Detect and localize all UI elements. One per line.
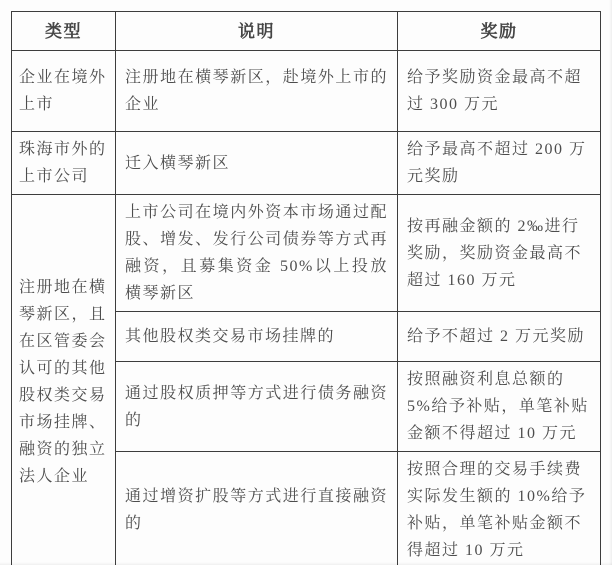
cell-desc-relocated-company: 迁入横琴新区 — [116, 132, 398, 195]
document-page: 类型 说明 奖励 企业在境外上市 注册地在横琴新区，赴境外上市的企业 给予奖励资… — [0, 0, 612, 565]
cell-reward-other-equity-market: 给予不超过 2 万元奖励 — [398, 312, 601, 362]
cell-reward-overseas-listing: 给予奖励资金最高不超过 300 万元 — [398, 51, 601, 132]
table-container: 类型 说明 奖励 企业在境外上市 注册地在横琴新区，赴境外上市的企业 给予奖励资… — [0, 0, 612, 565]
header-type: 类型 — [12, 12, 116, 51]
cell-reward-refinancing: 按再融金额的 2‰进行奖励，奖励资金最高不超过 160 万元 — [398, 195, 601, 312]
table-row: 企业在境外上市 注册地在横琴新区，赴境外上市的企业 给予奖励资金最高不超过 30… — [12, 51, 601, 132]
cell-desc-capital-increase: 通过增资扩股等方式进行直接融资的 — [116, 452, 398, 565]
cell-reward-capital-increase: 按照合理的交易手续费实际发生额的 10%给予补贴，单笔补贴金额不得超过 10 万… — [398, 452, 601, 565]
cell-reward-relocated-company: 给予最高不超过 200 万元奖励 — [398, 132, 601, 195]
table-row: 注册地在横琴新区，且在区管委会认可的其他股权类交易市场挂牌、融资的独立法人企业 … — [12, 195, 601, 312]
header-row: 类型 说明 奖励 — [12, 12, 601, 51]
cell-desc-refinancing: 上市公司在境内外资本市场通过配股、增发、发行公司债券等方式再融资，且募集资金 5… — [116, 195, 398, 312]
incentive-table: 类型 说明 奖励 企业在境外上市 注册地在横琴新区，赴境外上市的企业 给予奖励资… — [11, 11, 601, 565]
cell-desc-other-equity-market: 其他股权类交易市场挂牌的 — [116, 312, 398, 362]
table-row: 珠海市外的上市公司 迁入横琴新区 给予最高不超过 200 万元奖励 — [12, 132, 601, 195]
cell-desc-pledge-financing: 通过股权质押等方式进行债务融资的 — [116, 362, 398, 452]
cell-type-overseas-listing: 企业在境外上市 — [12, 51, 116, 132]
cell-desc-overseas-listing: 注册地在横琴新区，赴境外上市的企业 — [116, 51, 398, 132]
header-reward: 奖励 — [398, 12, 601, 51]
cell-type-registered-hengqin: 注册地在横琴新区，且在区管委会认可的其他股权类交易市场挂牌、融资的独立法人企业 — [12, 195, 116, 565]
cell-reward-pledge-financing: 按照融资利息总额的 5%给予补贴，单笔补贴金额不得超过 10 万元 — [398, 362, 601, 452]
header-desc: 说明 — [116, 12, 398, 51]
cell-type-relocated-company: 珠海市外的上市公司 — [12, 132, 116, 195]
